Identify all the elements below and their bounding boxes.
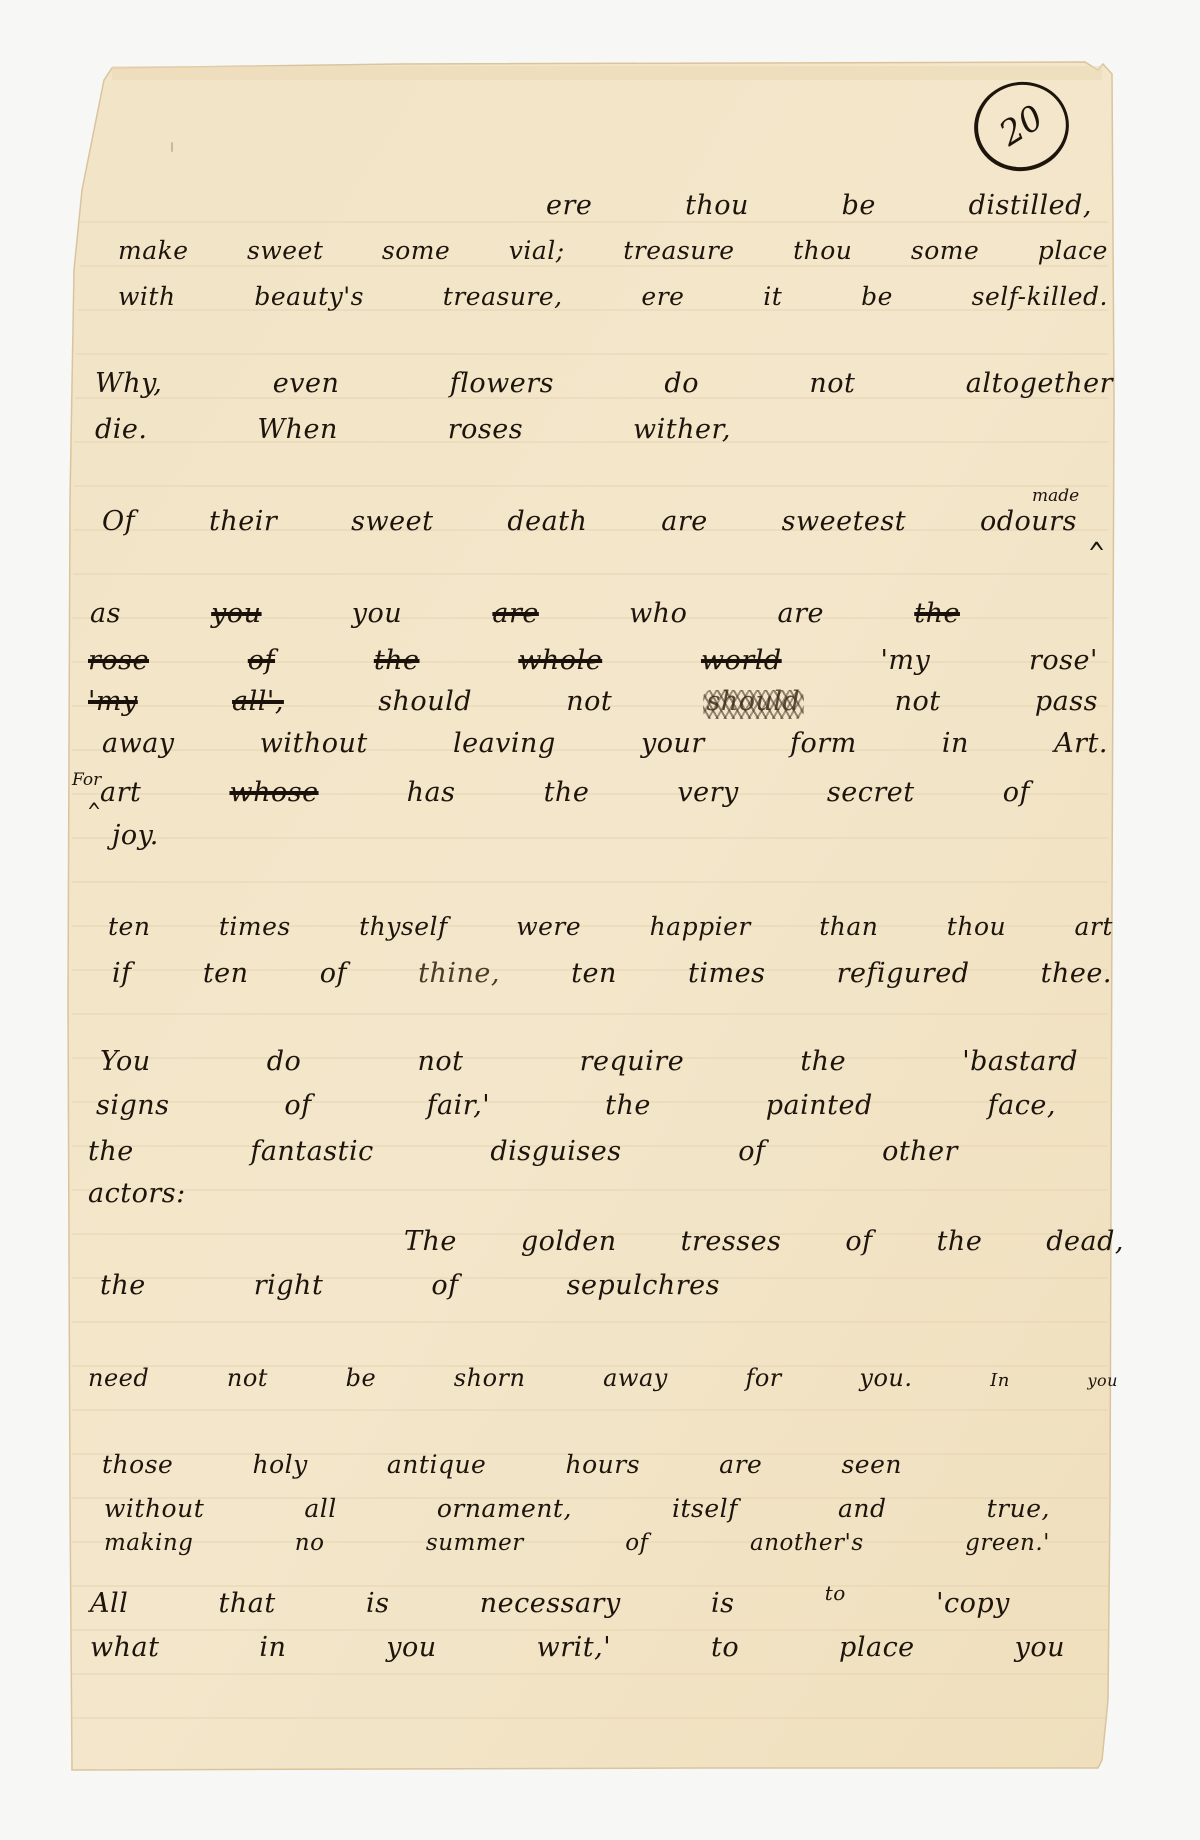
word: treasure, [443,284,563,309]
word: very [677,779,738,806]
word: without [104,1496,204,1521]
word: beauty's [254,284,364,309]
word: of [625,1532,648,1555]
word: joy. [112,822,159,849]
word: seen [841,1452,902,1477]
word: you [1015,1634,1065,1661]
page-number: 20 [993,97,1051,154]
word: are [778,600,824,627]
word: you [1087,1373,1117,1389]
struck-word: whole [518,647,602,674]
word: roses [448,416,523,443]
struck-word: of [248,647,275,674]
word: of [738,1138,765,1165]
word: Of [102,508,135,535]
insertion-caret: ^ [1088,540,1106,570]
manuscript-line: All that is necessary is to 'copy [90,1590,1010,1617]
word: are [719,1452,762,1477]
manuscript-line: the right of sepulchres [100,1272,720,1299]
manuscript-line: without all ornament, itself and true, [104,1496,1050,1521]
inserted-word-made: made [1032,488,1079,505]
word: without [260,730,368,757]
word: sweet [247,238,323,263]
word: for [745,1366,781,1390]
manuscript-line: ere thou be distilled, [546,192,1092,219]
manuscript-line: 'my all', should not should not pass [88,688,1098,715]
word: hours [565,1452,640,1477]
manuscript-line: You do not require the 'bastard [100,1048,1078,1075]
word: painted [766,1092,873,1119]
word: fair,' [427,1092,491,1119]
word: the [88,1138,134,1165]
word: making [104,1532,193,1555]
word: antique [387,1452,486,1477]
word: the [605,1092,651,1119]
word: leaving [453,730,556,757]
word: ten [108,914,150,939]
word: those [102,1452,173,1477]
word: holy [252,1452,307,1477]
manuscript-line: rose of the whole world 'my rose' [88,647,1098,674]
word: ten [203,960,249,987]
manuscript-line: The golden tresses of the dead, [404,1228,1124,1255]
word: if [112,960,132,987]
word: than [819,914,878,939]
word: be [346,1366,377,1390]
word: 'my [880,647,930,674]
word: When [257,416,338,443]
word: All [90,1590,128,1617]
manuscript-line: making no summer of another's green.' [104,1532,1050,1555]
word: other [882,1138,958,1165]
word: are [661,508,707,535]
word: should [378,688,472,715]
struck-word: you [211,600,261,627]
word: times [219,914,291,939]
word: green.' [965,1532,1050,1555]
word: times [688,960,765,987]
word: thyself [359,914,448,939]
inserted-word-for: For [72,772,101,789]
manuscript-line: if ten of thine, ten times refigured the… [112,960,1112,987]
word: to [711,1634,739,1661]
word: refigured [837,960,970,987]
word: happier [650,914,751,939]
word: the [544,779,590,806]
word: is [711,1590,735,1617]
word: form [790,730,857,757]
manuscript-line: Of their sweet death are sweetest odours [102,508,1077,535]
manuscript-line: ten times thyself were happier than thou… [108,914,1113,939]
word: disguises [490,1138,621,1165]
word: thou [685,192,749,219]
word: of [845,1228,872,1255]
struck-word: are [492,600,538,627]
word: actors: [88,1180,186,1207]
word: need [88,1366,149,1390]
word: with [118,284,176,309]
word: make [118,238,189,263]
word: distilled, [969,192,1092,219]
manuscript-line: with beauty's treasure, ere it be self-k… [118,284,1108,309]
word: Why, [95,370,162,397]
word: all [304,1496,336,1521]
word: not [895,688,941,715]
word: The [404,1228,457,1255]
word: 'bastard [962,1048,1078,1075]
word: Art. [1054,730,1108,757]
struck-word: the [374,647,420,674]
word: writ,' [537,1634,612,1661]
word: not [227,1366,268,1390]
struck-word: all', [232,688,284,715]
word: sweetest [782,508,906,535]
word: as [90,600,121,627]
word: in [942,730,969,757]
struck-word: world [701,647,782,674]
struck-word: 'my [88,688,138,715]
word: sweet [351,508,433,535]
word: require [580,1048,685,1075]
word: not [809,370,855,397]
word: you [386,1634,436,1661]
manuscript-line: signs of fair,' the painted face, [96,1092,1056,1119]
word: the [100,1272,146,1299]
word: their [209,508,277,535]
word: of [431,1272,458,1299]
word: be [861,284,893,309]
word: You [100,1048,151,1075]
scribbled-word: should [707,688,801,715]
word: ere [546,192,592,219]
word: death [507,508,587,535]
word: self-killed. [972,284,1108,309]
word: place [839,1634,915,1661]
paper-speck [171,142,173,152]
manuscript-line: joy. [112,822,159,849]
word: summer [426,1532,524,1555]
struck-word: rose [88,647,149,674]
word: ten [571,960,617,987]
word: even [273,370,340,397]
word: pass [1035,688,1098,715]
word: away [102,730,175,757]
manuscript-line: die. When roses wither, [95,416,731,443]
word: fantastic [250,1138,373,1165]
manuscript-line: need not be shorn away for you. In you [88,1366,1118,1390]
word: be [842,192,876,219]
word: thee. [1041,960,1112,987]
word: itself [672,1496,738,1521]
word: dead, [1046,1228,1124,1255]
word: thou [947,914,1006,939]
word: of [1003,779,1030,806]
word: signs [96,1092,170,1119]
word: that [219,1590,276,1617]
word: your [641,730,705,757]
word: true, [987,1496,1050,1521]
word: not [417,1048,463,1075]
word: secret [827,779,915,806]
word: tresses [681,1228,782,1255]
word: In [990,1372,1010,1390]
word: 'copy [936,1590,1010,1617]
word: shorn [454,1366,526,1390]
word: odours [980,508,1077,535]
word: do [664,370,699,397]
word: it [763,284,782,309]
manuscript-scan: 20 ere thou be distilled, make sweet som… [0,0,1200,1840]
manuscript-line: those holy antique hours are seen [102,1452,902,1477]
manuscript-line: what in you writ,' to place you [90,1634,1065,1661]
word: place [1038,238,1108,263]
word: were [516,914,581,939]
word: ornament, [437,1496,572,1521]
word: flowers [450,370,554,397]
word: sepulchres [567,1272,720,1299]
word: who [629,600,687,627]
word: is [366,1590,390,1617]
word: has [407,779,456,806]
word: thou [793,238,852,263]
manuscript-line: away without leaving your form in Art. [102,730,1108,757]
word: necessary [480,1590,621,1617]
word: ere [641,284,684,309]
word: altogether [966,370,1113,397]
word: in [259,1634,286,1661]
word: and [838,1496,887,1521]
word: right [254,1272,324,1299]
word: some [911,238,979,263]
word: you. [859,1366,912,1390]
manuscript-line: make sweet some vial; treasure thou some… [118,238,1108,263]
word: some [382,238,450,263]
insertion-caret: ^ [87,800,101,824]
word: die. [95,416,147,443]
word: not [566,688,612,715]
manuscript-line: as you you are who are the [90,600,960,627]
word: what [90,1634,159,1661]
word: of [320,960,347,987]
word: art [1075,914,1113,939]
word: to [825,1583,846,1603]
word: another's [750,1532,864,1555]
word: the [800,1048,846,1075]
word: of [284,1092,311,1119]
word: no [295,1532,325,1555]
word: face, [988,1092,1056,1119]
manuscript-line: Why, even flowers do not altogether [95,370,1113,397]
word: golden [521,1228,617,1255]
struck-word: the [914,600,960,627]
manuscript-line: the fantastic disguises of other [88,1138,958,1165]
word: you [352,600,402,627]
word: treasure [623,238,734,263]
word: vial; [509,238,565,263]
word: the [937,1228,983,1255]
word: rose' [1029,647,1098,674]
word: wither, [633,416,731,443]
manuscript-line: actors: [88,1180,186,1207]
word: do [267,1048,302,1075]
word: away [603,1366,668,1390]
word: art [100,779,141,806]
word: thine, [418,960,500,987]
struck-word: whose [229,779,318,806]
manuscript-line: art whose has the very secret of [100,779,1030,806]
